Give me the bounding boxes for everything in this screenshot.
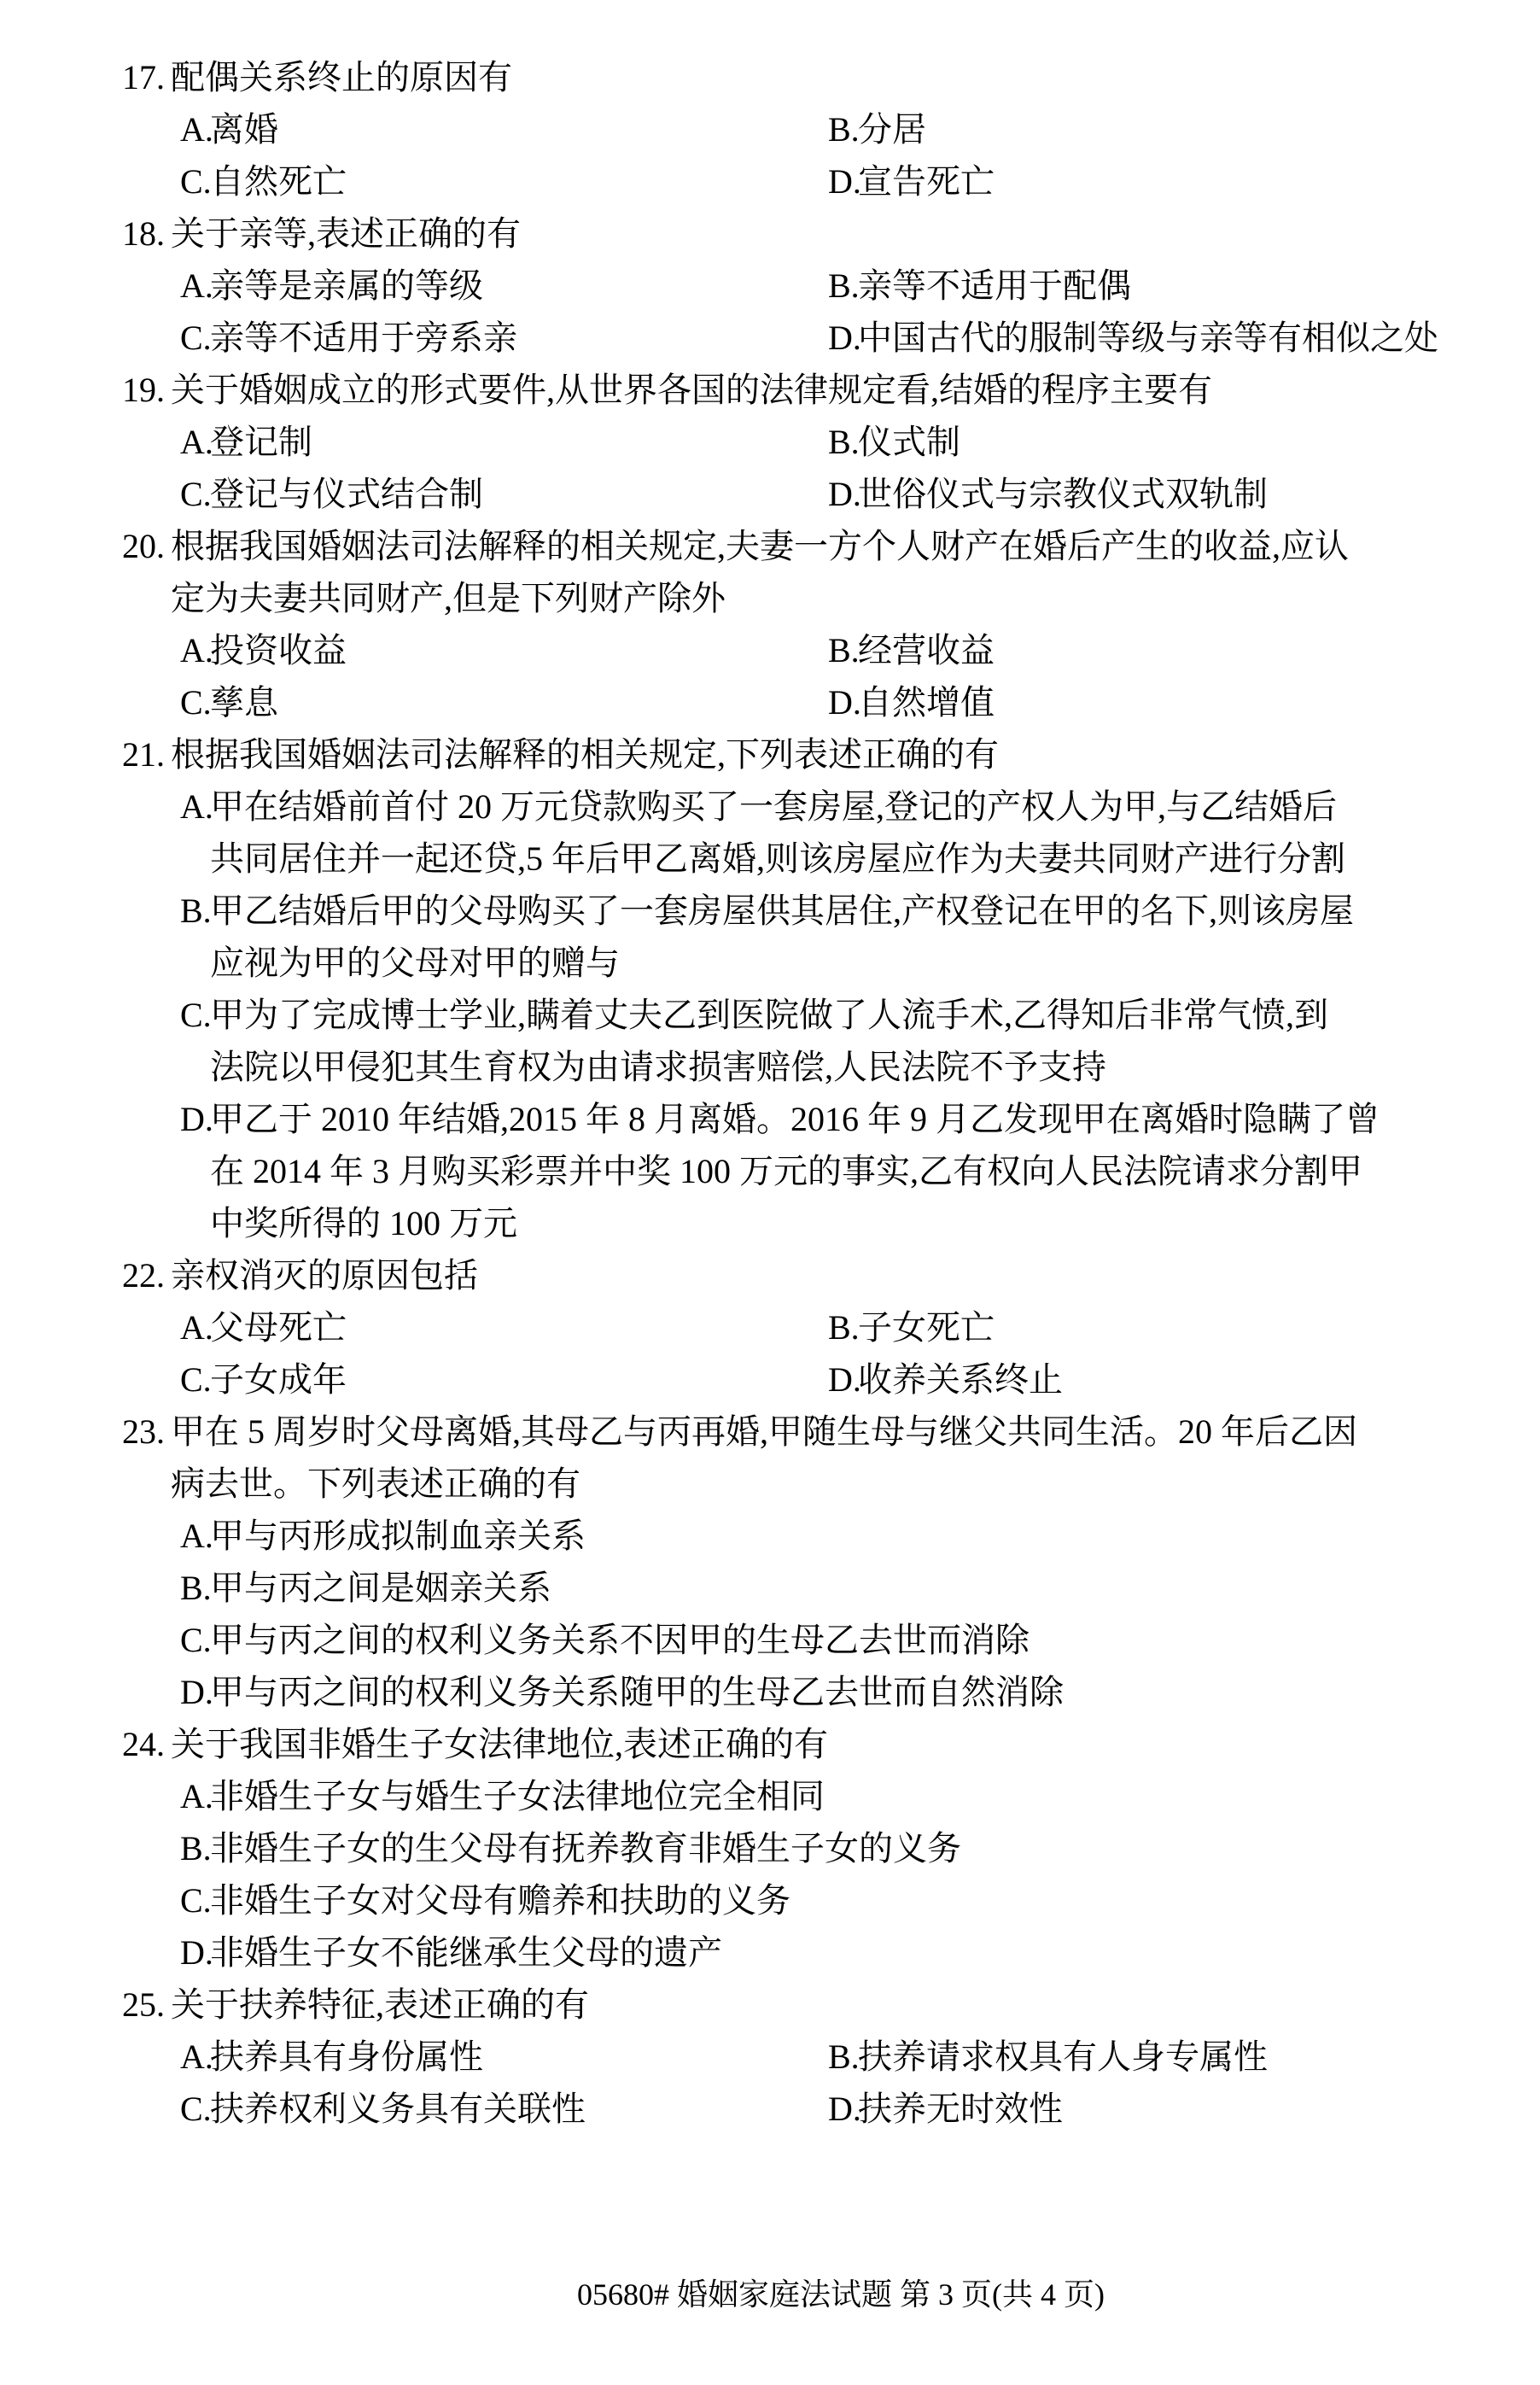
option-d: D.非婚生子女不能继承生父母的遗产	[122, 1926, 1454, 1979]
option-a: A.登记制	[180, 416, 828, 468]
question-stem-line: 19.关于婚姻成立的形式要件,从世界各国的法律规定看,结婚的程序主要有	[122, 364, 1454, 416]
question-number: 21.	[122, 728, 171, 780]
option-c: C.亲等不适用于旁系亲	[180, 312, 828, 364]
option-text: 甲乙于 2010 年结婚,2015 年 8 月离婚。2016 年 9 月乙发现甲…	[210, 1100, 1380, 1138]
option-row: A.投资收益B.经营收益	[122, 624, 1454, 676]
question-24: 24.关于我国非婚生子女法律地位,表述正确的有 A.非婚生子女与婚生子女法律地位…	[122, 1718, 1454, 1979]
option-b: B.分居	[828, 103, 926, 155]
option-b: B.甲乙结婚后甲的父母购买了一套房屋供其居住,产权登记在甲的名下,则该房屋	[122, 885, 1454, 937]
question-17: 17.配偶关系终止的原因有 A.离婚B.分居 C.自然死亡D.宣告死亡	[122, 51, 1454, 208]
option-label: C.	[180, 989, 210, 1041]
option-c: C.甲为了完成博士学业,瞒着丈夫乙到医院做了人流手术,乙得知后非常气愤,到	[122, 989, 1454, 1041]
question-22: 22.亲权消灭的原因包括 A.父母死亡B.子女死亡 C.子女成年D.收养关系终止	[122, 1249, 1454, 1406]
option-label: A.	[180, 1301, 210, 1353]
option-text: 登记制	[210, 423, 312, 461]
question-number: 24.	[122, 1718, 171, 1770]
option-label: B.	[180, 885, 210, 937]
option-label: A.	[180, 1510, 210, 1562]
option-label: C.	[180, 1874, 210, 1926]
question-stem: 配偶关系终止的原因有	[171, 58, 512, 96]
option-label: B.	[828, 103, 858, 155]
option-b: B.甲与丙之间是姻亲关系	[122, 1562, 1454, 1614]
option-text: 甲与丙之间是姻亲关系	[210, 1569, 551, 1607]
option-label: C.	[180, 1353, 210, 1406]
option-row: C.子女成年D.收养关系终止	[122, 1353, 1454, 1406]
question-number: 23.	[122, 1406, 171, 1458]
option-c: C.登记与仪式结合制	[180, 468, 828, 520]
option-c: C.孳息	[180, 676, 828, 728]
option-text: 离婚	[210, 110, 278, 149]
option-text: 甲乙结婚后甲的父母购买了一套房屋供其居住,产权登记在甲的名下,则该房屋	[210, 891, 1354, 930]
option-label: A.	[180, 2031, 210, 2083]
question-stem: 亲权消灭的原因包括	[171, 1256, 478, 1295]
option-label: D.	[180, 1926, 210, 1979]
option-row: C.亲等不适用于旁系亲D.中国古代的服制等级与亲等有相似之处	[122, 312, 1454, 364]
option-a: A.投资收益	[180, 624, 828, 676]
option-text: 亲等不适用于配偶	[858, 266, 1131, 305]
option-a: A.扶养具有身份属性	[180, 2031, 828, 2083]
option-text: 经营收益	[858, 631, 995, 669]
option-text: 甲与丙形成拟制血亲关系	[210, 1517, 586, 1555]
option-label: B.	[180, 1822, 210, 1874]
question-stem: 关于扶养特征,表述正确的有	[171, 1985, 589, 2024]
option-d-continuation: 中奖所得的 100 万元	[122, 1197, 1454, 1249]
question-stem-line: 24.关于我国非婚生子女法律地位,表述正确的有	[122, 1718, 1454, 1770]
question-stem: 关于我国非婚生子女法律地位,表述正确的有	[171, 1725, 828, 1763]
option-d-continuation: 在 2014 年 3 月购买彩票并中奖 100 万元的事实,乙有权向人民法院请求…	[122, 1145, 1454, 1197]
option-text: 非婚生子女的生父母有抚养教育非婚生子女的义务	[210, 1829, 961, 1868]
option-text: 扶养无时效性	[858, 2090, 1063, 2128]
question-stem-line: 21.根据我国婚姻法司法解释的相关规定,下列表述正确的有	[122, 728, 1454, 780]
option-text: 宣告死亡	[858, 162, 995, 201]
option-text: 投资收益	[210, 631, 347, 669]
question-number: 17.	[122, 51, 171, 103]
option-label: A.	[180, 1770, 210, 1822]
option-label: D.	[828, 468, 858, 520]
option-row: C.孳息D.自然增值	[122, 676, 1454, 728]
question-20: 20.根据我国婚姻法司法解释的相关规定,夫妻一方个人财产在婚后产生的收益,应认 …	[122, 520, 1454, 728]
option-c: C.扶养权利义务具有关联性	[180, 2083, 828, 2135]
option-text: 亲等不适用于旁系亲	[210, 319, 517, 357]
question-number: 25.	[122, 1979, 171, 2031]
option-text: 登记与仪式结合制	[210, 475, 483, 513]
question-stem-line: 17.配偶关系终止的原因有	[122, 51, 1454, 103]
option-text: 甲为了完成博士学业,瞒着丈夫乙到医院做了人流手术,乙得知后非常气愤,到	[210, 996, 1328, 1034]
option-label: D.	[828, 1353, 858, 1406]
question-stem-line: 18.关于亲等,表述正确的有	[122, 208, 1454, 260]
question-stem-line: 23.甲在 5 周岁时父母离婚,其母乙与丙再婚,甲随生母与继父共同生活。20 年…	[122, 1406, 1454, 1458]
option-text: 甲与丙之间的权利义务关系随甲的生母乙去世而自然消除	[210, 1673, 1064, 1711]
option-row: A.父母死亡B.子女死亡	[122, 1301, 1454, 1353]
option-text: 非婚生子女不能继承生父母的遗产	[210, 1933, 722, 1972]
option-text: 收养关系终止	[858, 1360, 1063, 1399]
question-stem: 甲在 5 周岁时父母离婚,其母乙与丙再婚,甲随生母与继父共同生活。20 年后乙因	[171, 1412, 1357, 1451]
option-text: 自然增值	[858, 683, 995, 722]
question-stem-line: 22.亲权消灭的原因包括	[122, 1249, 1454, 1301]
option-label: B.	[828, 416, 858, 468]
option-b: B.扶养请求权具有人身专属性	[828, 2031, 1268, 2083]
option-label: B.	[828, 2031, 858, 2083]
question-stem-continuation: 定为夫妻共同财产,但是下列财产除外	[122, 572, 1454, 624]
option-label: C.	[180, 676, 210, 728]
question-number: 18.	[122, 208, 171, 260]
option-text: 非婚生子女与婚生子女法律地位完全相同	[210, 1777, 825, 1815]
option-label: D.	[828, 676, 858, 728]
exam-body: 17.配偶关系终止的原因有 A.离婚B.分居 C.自然死亡D.宣告死亡 18.关…	[122, 51, 1454, 2135]
question-stem-continuation: 病去世。下列表述正确的有	[122, 1458, 1454, 1510]
option-a: A.非婚生子女与婚生子女法律地位完全相同	[122, 1770, 1454, 1822]
question-number: 22.	[122, 1249, 171, 1301]
question-18: 18.关于亲等,表述正确的有 A.亲等是亲属的等级B.亲等不适用于配偶 C.亲等…	[122, 208, 1454, 364]
option-label: C.	[180, 1614, 210, 1666]
option-d: D.宣告死亡	[828, 155, 995, 208]
option-row: C.扶养权利义务具有关联性D.扶养无时效性	[122, 2083, 1454, 2135]
option-label: D.	[180, 1093, 210, 1145]
question-23: 23.甲在 5 周岁时父母离婚,其母乙与丙再婚,甲随生母与继父共同生活。20 年…	[122, 1406, 1454, 1718]
option-c-continuation: 法院以甲侵犯其生育权为由请求损害赔偿,人民法院不予支持	[122, 1041, 1454, 1093]
option-text: 世俗仪式与宗教仪式双轨制	[858, 475, 1268, 513]
option-text: 自然死亡	[210, 162, 347, 201]
question-stem: 根据我国婚姻法司法解释的相关规定,夫妻一方个人财产在婚后产生的收益,应认	[171, 527, 1349, 565]
option-row: C.自然死亡D.宣告死亡	[122, 155, 1454, 208]
option-text: 扶养权利义务具有关联性	[210, 2090, 586, 2128]
option-label: D.	[828, 155, 858, 208]
option-text: 扶养具有身份属性	[210, 2037, 483, 2076]
option-row: A.亲等是亲属的等级B.亲等不适用于配偶	[122, 260, 1454, 312]
option-text: 扶养请求权具有人身专属性	[858, 2037, 1268, 2076]
option-a: A.甲在结婚前首付 20 万元贷款购买了一套房屋,登记的产权人为甲,与乙结婚后	[122, 780, 1454, 833]
option-b: B.子女死亡	[828, 1301, 995, 1353]
question-stem: 关于亲等,表述正确的有	[171, 214, 521, 253]
option-b: B.非婚生子女的生父母有抚养教育非婚生子女的义务	[122, 1822, 1454, 1874]
option-d: D.中国古代的服制等级与亲等有相似之处	[828, 312, 1438, 364]
option-d: D.甲乙于 2010 年结婚,2015 年 8 月离婚。2016 年 9 月乙发…	[122, 1093, 1454, 1145]
option-d: D.自然增值	[828, 676, 995, 728]
option-label: B.	[828, 1301, 858, 1353]
option-c: C.非婚生子女对父母有赡养和扶助的义务	[122, 1874, 1454, 1926]
option-b: B.经营收益	[828, 624, 995, 676]
option-a: A.甲与丙形成拟制血亲关系	[122, 1510, 1454, 1562]
question-19: 19.关于婚姻成立的形式要件,从世界各国的法律规定看,结婚的程序主要有 A.登记…	[122, 364, 1454, 520]
option-text: 子女死亡	[858, 1308, 995, 1347]
option-label: D.	[828, 2083, 858, 2135]
exam-page: { "footer": { "text": "05680# 婚姻家庭法试题 第 …	[0, 0, 1540, 2385]
option-label: A.	[180, 624, 210, 676]
option-a: A.离婚	[180, 103, 828, 155]
option-text: 父母死亡	[210, 1308, 347, 1347]
option-row: A.登记制B.仪式制	[122, 416, 1454, 468]
question-number: 19.	[122, 364, 171, 416]
option-a-continuation: 共同居住并一起还贷,5 年后甲乙离婚,则该房屋应作为夫妻共同财产进行分割	[122, 833, 1454, 885]
option-label: C.	[180, 155, 210, 208]
option-text: 中国古代的服制等级与亲等有相似之处	[858, 319, 1438, 357]
option-label: B.	[828, 260, 858, 312]
option-c: C.子女成年	[180, 1353, 828, 1406]
option-b: B.亲等不适用于配偶	[828, 260, 1131, 312]
option-label: B.	[828, 624, 858, 676]
option-d: D.收养关系终止	[828, 1353, 1063, 1406]
page-footer: 05680# 婚姻家庭法试题 第 3 页(共 4 页)	[577, 2273, 1105, 2316]
option-c: C.甲与丙之间的权利义务关系不因甲的生母乙去世而消除	[122, 1614, 1454, 1666]
option-text: 分居	[858, 110, 926, 149]
question-number: 20.	[122, 520, 171, 572]
option-row: A.离婚B.分居	[122, 103, 1454, 155]
option-label: A.	[180, 780, 210, 833]
option-label: B.	[180, 1562, 210, 1614]
option-label: A.	[180, 416, 210, 468]
question-25: 25.关于扶养特征,表述正确的有 A.扶养具有身份属性B.扶养请求权具有人身专属…	[122, 1979, 1454, 2135]
option-b-continuation: 应视为甲的父母对甲的赠与	[122, 937, 1454, 989]
option-label: D.	[828, 312, 858, 364]
option-row: A.扶养具有身份属性B.扶养请求权具有人身专属性	[122, 2031, 1454, 2083]
option-a: A.父母死亡	[180, 1301, 828, 1353]
option-label: A.	[180, 260, 210, 312]
question-stem: 关于婚姻成立的形式要件,从世界各国的法律规定看,结婚的程序主要有	[171, 371, 1212, 409]
option-d: D.扶养无时效性	[828, 2083, 1063, 2135]
option-label: C.	[180, 312, 210, 364]
option-text: 甲与丙之间的权利义务关系不因甲的生母乙去世而消除	[210, 1621, 1030, 1659]
option-row: C.登记与仪式结合制D.世俗仪式与宗教仪式双轨制	[122, 468, 1454, 520]
option-text: 甲在结婚前首付 20 万元贷款购买了一套房屋,登记的产权人为甲,与乙结婚后	[210, 787, 1337, 826]
question-stem: 根据我国婚姻法司法解释的相关规定,下列表述正确的有	[171, 735, 999, 774]
question-21: 21.根据我国婚姻法司法解释的相关规定,下列表述正确的有 A.甲在结婚前首付 2…	[122, 728, 1454, 1249]
option-text: 仪式制	[858, 423, 960, 461]
option-text: 非婚生子女对父母有赡养和扶助的义务	[210, 1881, 790, 1920]
option-c: C.自然死亡	[180, 155, 828, 208]
option-b: B.仪式制	[828, 416, 960, 468]
option-text: 孳息	[210, 683, 278, 722]
question-stem-line: 25.关于扶养特征,表述正确的有	[122, 1979, 1454, 2031]
option-label: C.	[180, 468, 210, 520]
option-label: D.	[180, 1666, 210, 1718]
option-label: C.	[180, 2083, 210, 2135]
option-text: 亲等是亲属的等级	[210, 266, 483, 305]
option-d: D.甲与丙之间的权利义务关系随甲的生母乙去世而自然消除	[122, 1666, 1454, 1718]
option-text: 子女成年	[210, 1360, 347, 1399]
option-d: D.世俗仪式与宗教仪式双轨制	[828, 468, 1268, 520]
question-stem-line: 20.根据我国婚姻法司法解释的相关规定,夫妻一方个人财产在婚后产生的收益,应认	[122, 520, 1454, 572]
option-label: A.	[180, 103, 210, 155]
option-a: A.亲等是亲属的等级	[180, 260, 828, 312]
